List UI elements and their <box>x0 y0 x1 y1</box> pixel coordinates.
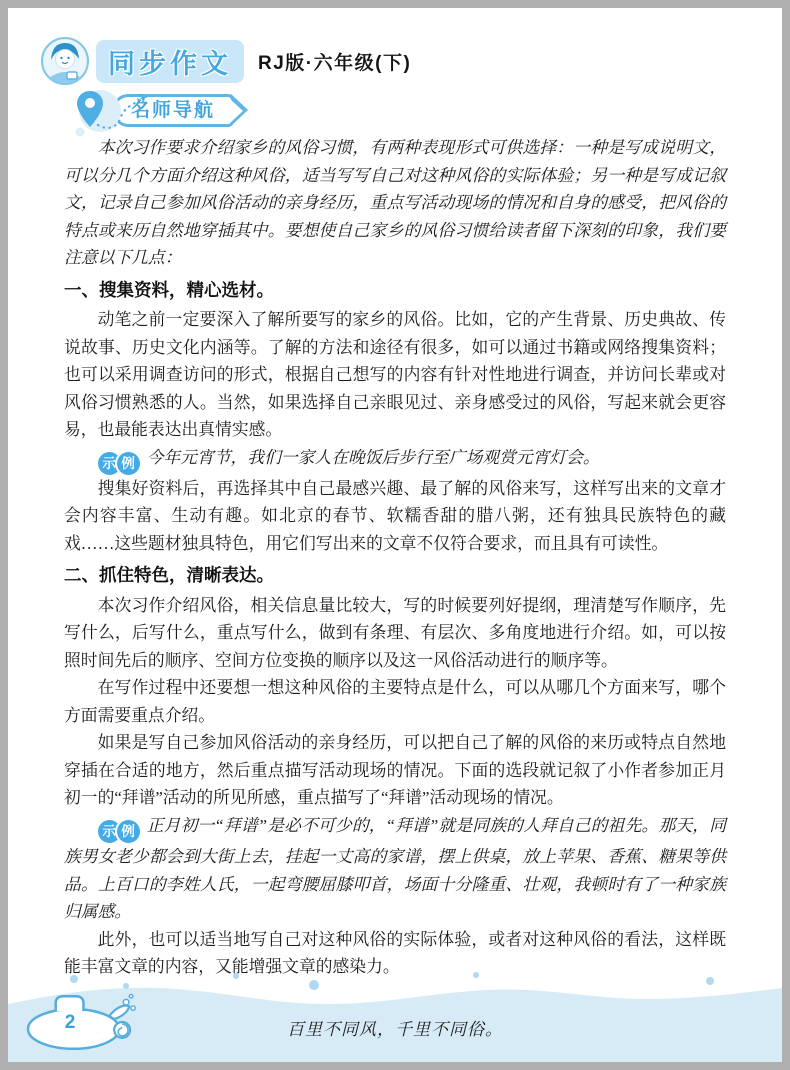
bubble-dot <box>129 994 133 998</box>
bubble-dot <box>70 975 78 983</box>
section1-heading: 一、搜集资料，精心选材。 <box>64 277 726 305</box>
section2-paragraph-1: 本次习作介绍风俗，相关信息量比较大，写的时候要列好提纲，理清楚写作顺序，先写什么… <box>64 592 726 675</box>
bubble-dot <box>131 1006 135 1010</box>
bubble-dot <box>706 977 714 985</box>
brand-pill: 同步作文 <box>96 40 244 83</box>
section1-paragraph-1: 动笔之前一定要深入了解所要写的家乡的风俗。比如，它的产生背景、历史典故、传说故事… <box>64 306 726 444</box>
brand-title: 同步作文 <box>108 49 232 79</box>
book-page: 同步作文 RJ版·六年级(下) 名师导航 ✈ 本次习作要求介绍家乡的风俗习惯，有… <box>8 8 782 1062</box>
section1-paragraph-2: 搜集好资料后，再选择其中自己最感兴趣、最了解的风俗来写，这样写出来的文章才会内容… <box>64 475 726 558</box>
example-text: 今年元宵节，我们一家人在晚饭后步行至广场观赏元宵灯会。 <box>147 448 600 467</box>
bubble-dot <box>233 973 239 979</box>
edition-label: RJ版·六年级(下) <box>258 48 411 75</box>
example-text: 正月初一“拜谱”是必不可少的，“拜谱”就是同族的人拜自己的祖先。那天，同族男女老… <box>64 816 726 921</box>
section2-paragraph-2: 在写作过程中还要想一想这种风俗的主要特点是什么，可以从哪几个方面来写，哪个方面需… <box>64 674 726 729</box>
bubble-dot <box>123 983 129 989</box>
bubble-dot <box>473 972 479 978</box>
boy-avatar-icon <box>40 36 90 86</box>
section-nav-badge: 名师导航 ✈ <box>64 84 284 140</box>
example-badge: 示例 <box>98 820 140 843</box>
map-pin-route-icon: ✈ <box>64 84 164 140</box>
bubble-dot <box>309 980 319 990</box>
bubble-dot <box>123 999 129 1005</box>
lesson-content: 本次习作要求介绍家乡的风俗习惯，有两种表现形式可供选择：一种是写成说明文，可以分… <box>64 134 726 981</box>
plane-icon: ✈ <box>134 89 151 109</box>
page-header: 同步作文 RJ版·六年级(下) <box>40 34 411 88</box>
section2-heading: 二、抓住特色，清晰表达。 <box>64 562 726 590</box>
section2-example: 示例正月初一“拜谱”是必不可少的，“拜谱”就是同族的人拜自己的祖先。那天，同族男… <box>64 812 726 926</box>
intro-paragraph: 本次习作要求介绍家乡的风俗习惯，有两种表现形式可供选择：一种是写成说明文，可以分… <box>64 134 726 272</box>
section2-paragraph-3: 如果是写自己参加风俗活动的亲身经历，可以把自己了解的风俗的来历或特点自然地穿插在… <box>64 729 726 812</box>
page-number: 2 <box>48 1012 92 1034</box>
example-badge: 示例 <box>98 452 140 475</box>
section1-example: 示例今年元宵节，我们一家人在晚饭后步行至广场观赏元宵灯会。 <box>64 444 726 475</box>
